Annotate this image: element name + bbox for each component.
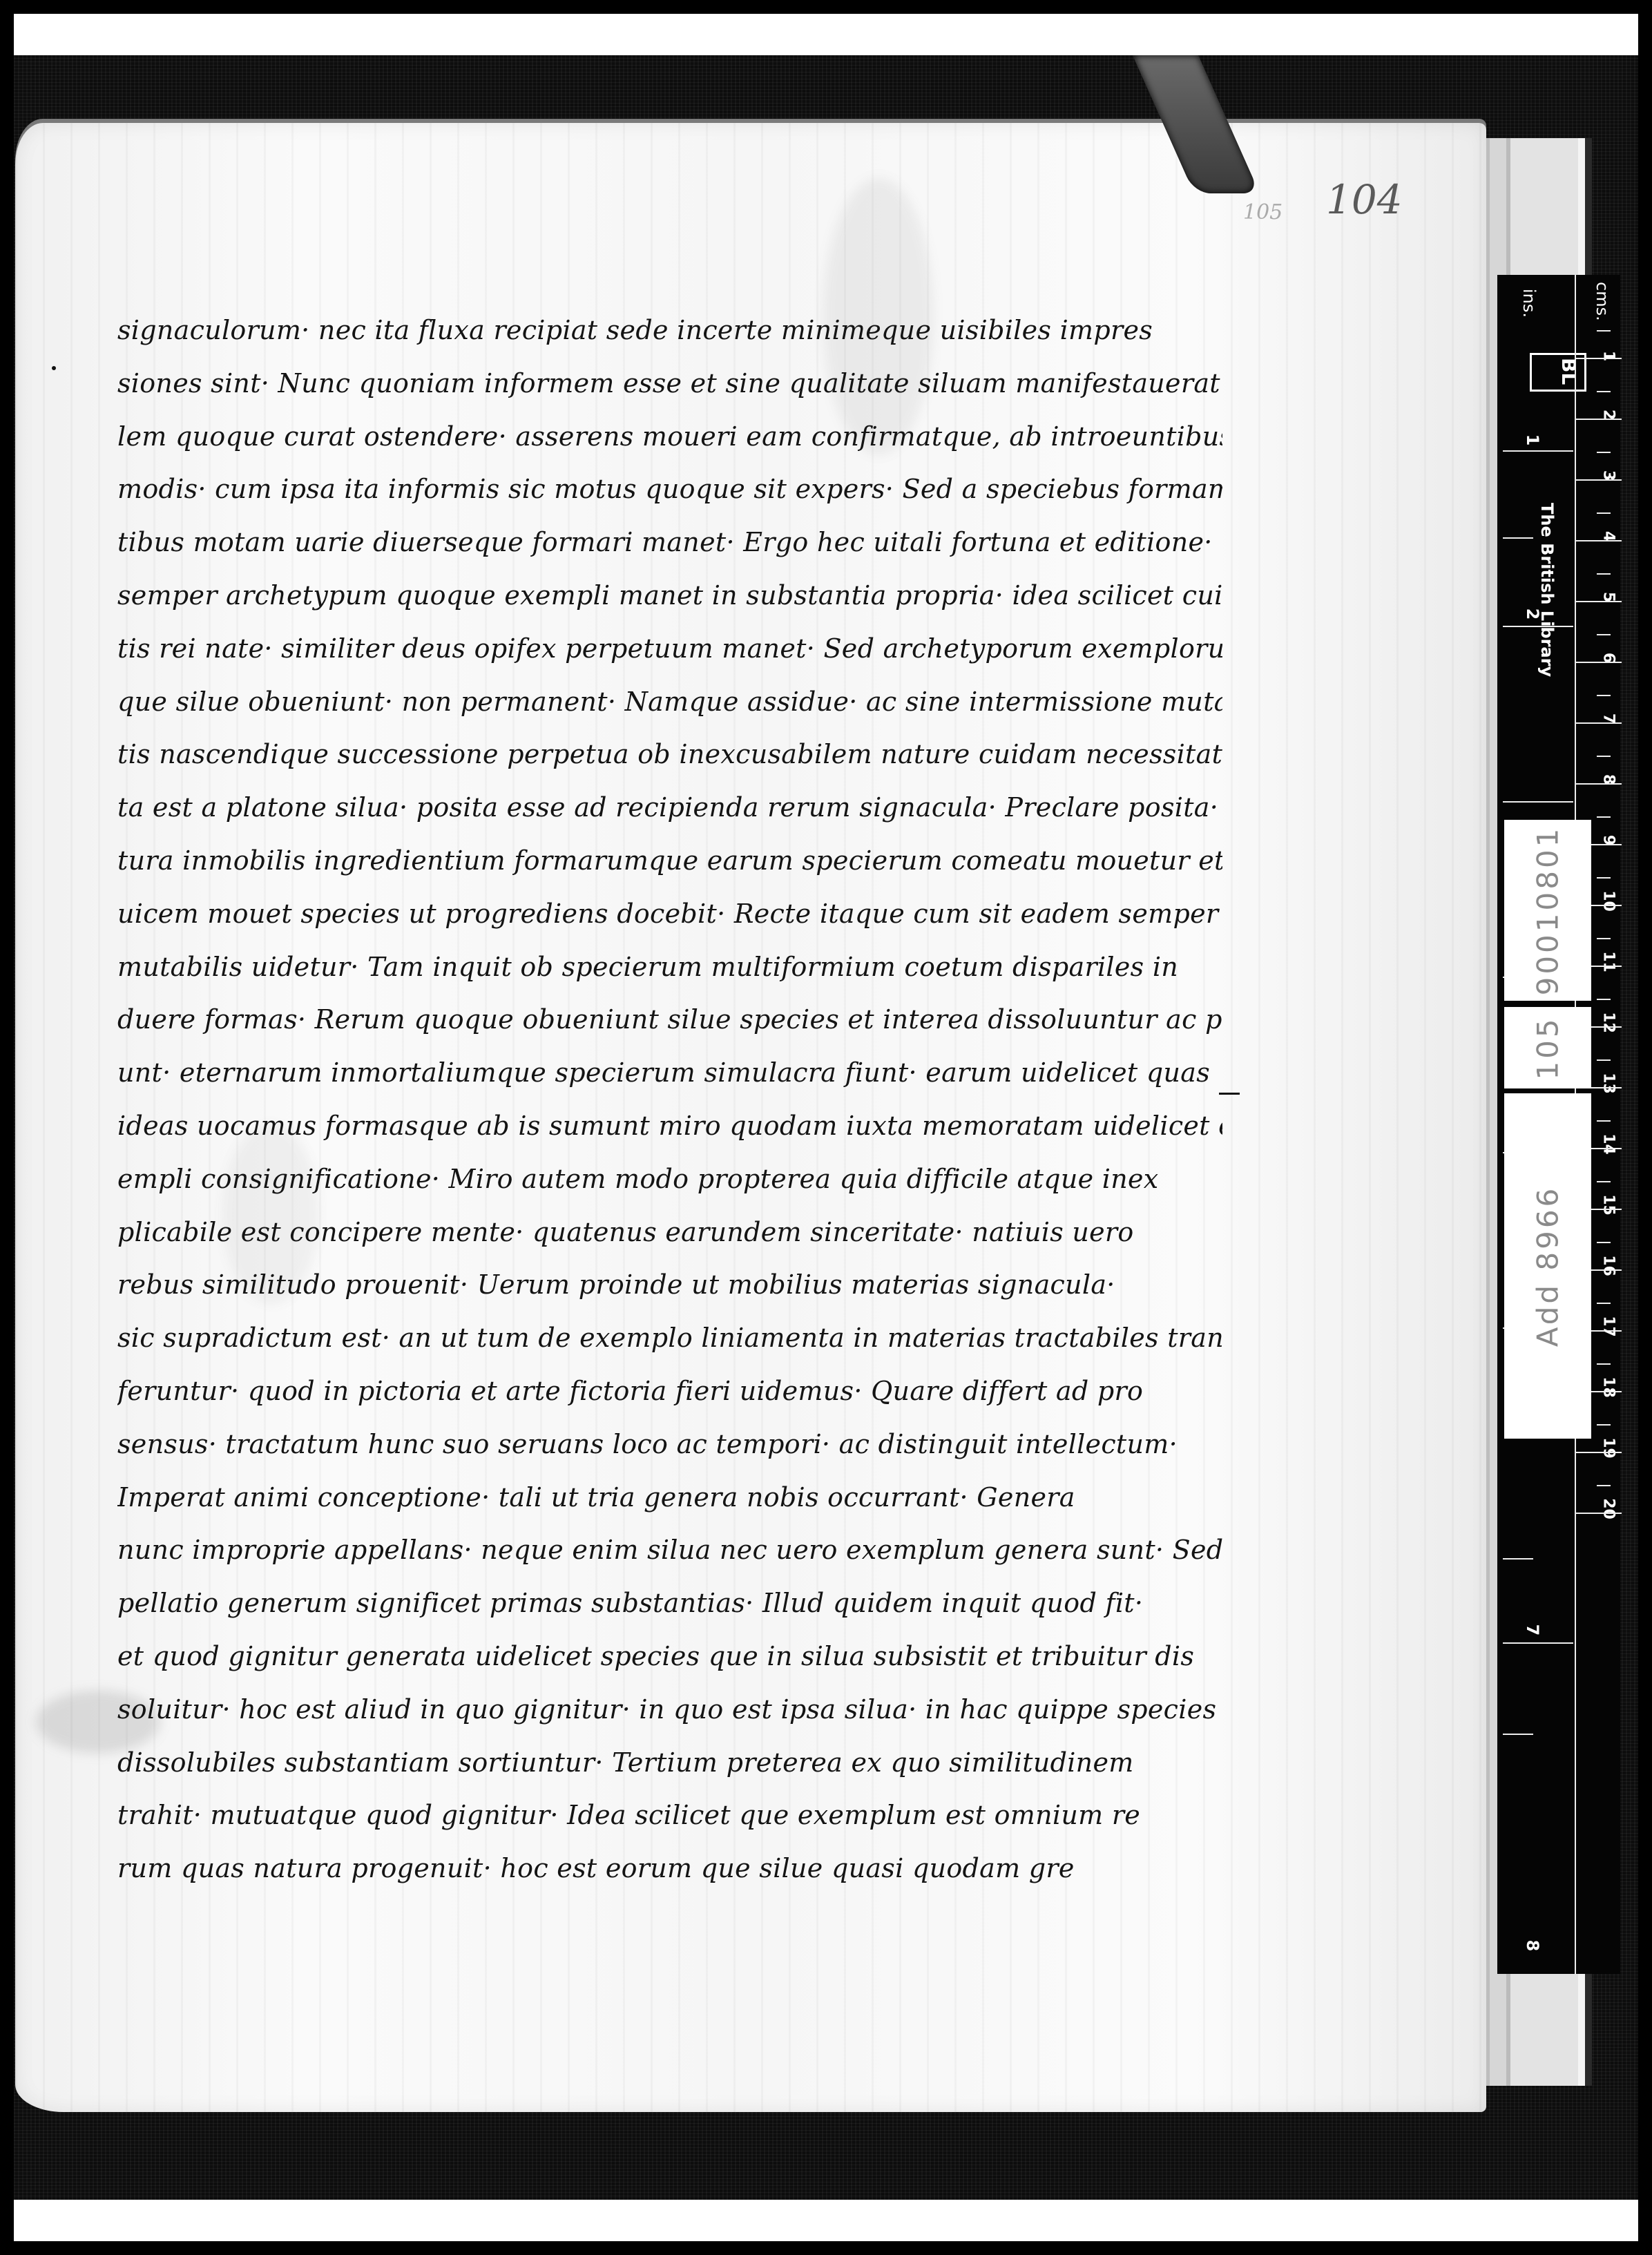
cm-tick [1597, 756, 1611, 757]
cm-tick [1576, 1452, 1622, 1453]
text-line: sic supradictum est· an ut tum de exempl… [117, 1312, 1222, 1365]
cm-tick [1597, 1303, 1611, 1304]
cm-tick [1597, 877, 1611, 879]
text-line: duere formas· Rerum quoque obueniunt sil… [117, 993, 1222, 1046]
cm-tick [1576, 662, 1622, 663]
cm-tick [1597, 1059, 1611, 1061]
inch-number: 2 [1523, 604, 1542, 624]
cm-tick [1597, 1120, 1611, 1122]
text-line: uicem mouet species ut progrediens doceb… [117, 887, 1222, 941]
text-line: pellatio generum significet primas subst… [117, 1577, 1222, 1630]
half-inch-tick [1503, 1558, 1533, 1560]
old-folio-number: 105 [1243, 200, 1283, 224]
inch-number: 7 [1523, 1620, 1542, 1640]
cm-tick [1597, 1181, 1611, 1182]
british-library-label: The British Library [1537, 503, 1557, 677]
cm-number: 1 [1600, 345, 1617, 368]
cm-tick [1597, 1242, 1611, 1243]
inch-tick [1503, 626, 1573, 627]
text-line: mutabilis uidetur· Tam inquit ob specier… [117, 941, 1222, 994]
text-line: signaculorum· nec ita fluxa recipiat sed… [117, 304, 1222, 357]
text-line: rebus similitudo prouenit· Uerum proinde… [117, 1258, 1222, 1312]
inch-number: 1 [1523, 430, 1542, 450]
text-line: siones sint· Nunc quoniam informem esse … [117, 357, 1222, 410]
cm-tick [1597, 1363, 1611, 1365]
cm-tick [1576, 1513, 1622, 1514]
text-line: que silue obueniunt· non permanent· Namq… [117, 675, 1222, 729]
text-line: trahit· mutuatque quod gignitur· Idea sc… [117, 1789, 1222, 1842]
text-line: rum quas natura progenuit· hoc est eorum… [117, 1842, 1222, 1895]
text-line: nunc improprie appellans· neque enim sil… [117, 1524, 1222, 1577]
inch-number: 8 [1523, 1935, 1542, 1956]
text-line: soluitur· hoc est aliud in quo gignitur·… [117, 1683, 1222, 1736]
cm-number: 6 [1600, 646, 1617, 670]
cm-tick [1576, 540, 1622, 541]
text-line: feruntur· quod in pictoria et arte ficto… [117, 1365, 1222, 1418]
cm-number: 12 [1600, 1011, 1617, 1035]
text-line: semper archetypum quoque exempli manet i… [117, 569, 1222, 622]
cm-tick [1597, 634, 1611, 635]
half-inch-tick [1503, 1734, 1533, 1735]
cm-number: 13 [1600, 1072, 1617, 1095]
cm-tick [1597, 512, 1611, 514]
cm-tick [1576, 358, 1622, 359]
cm-number: 20 [1600, 1497, 1617, 1521]
text-line: empli consignificatione· Miro autem modo… [117, 1153, 1222, 1206]
manuscript-tag: Add 8966 [1504, 1093, 1591, 1439]
half-inch-tick [1503, 537, 1533, 539]
cm-number: 18 [1600, 1376, 1617, 1399]
text-line: Imperat animi conceptione· tali ut tria … [117, 1471, 1222, 1524]
inches-label: ins. [1519, 289, 1539, 318]
text-line: dissolubiles substantiam sortiuntur· Ter… [117, 1736, 1222, 1789]
cm-number: 3 [1600, 464, 1617, 488]
cm-number: 4 [1600, 525, 1617, 548]
text-line: tis rei nate· similiter deus opifex perp… [117, 622, 1222, 675]
cm-number: 7 [1600, 707, 1617, 731]
cm-number: 9 [1600, 829, 1617, 852]
cm-number: 8 [1600, 768, 1617, 791]
text-line: unt· eternarum inmortaliumque specierum … [117, 1046, 1222, 1100]
inch-tick [1503, 450, 1573, 452]
centimetres-label: cms. [1593, 282, 1612, 321]
cm-tick [1576, 601, 1622, 602]
cm-tick [1597, 999, 1611, 1000]
cm-tick [1597, 938, 1611, 939]
cm-number: 10 [1600, 890, 1617, 913]
text-line: tura inmobilis ingredientium formarumque… [117, 834, 1222, 887]
text-block: signaculorum· nec ita fluxa recipiat sed… [117, 304, 1222, 1895]
cm-tick [1597, 452, 1611, 453]
cm-number: 15 [1600, 1193, 1617, 1217]
cm-tick [1576, 479, 1622, 481]
text-line: ta est a platone silua· posita esse ad r… [117, 781, 1222, 834]
text-line: ideas uocamus formasque ab is sumunt mir… [117, 1100, 1222, 1153]
cm-number: 14 [1600, 1133, 1617, 1156]
text-line: modis· cum ipsa ita informis sic motus q… [117, 463, 1222, 516]
cm-number: 2 [1600, 403, 1617, 427]
cm-tick [1597, 1424, 1611, 1426]
cm-number: 11 [1600, 950, 1617, 974]
cm-tick [1597, 695, 1611, 696]
inch-tick [1503, 801, 1573, 803]
cm-tick [1576, 419, 1622, 420]
cm-number: 16 [1600, 1254, 1617, 1278]
cm-tick [1576, 783, 1622, 785]
text-line: lem quoque curat ostendere· asserens mou… [117, 410, 1222, 463]
shelfmark-tag: 90010801 [1504, 820, 1591, 1001]
text-line: et quod gignitur generata uidelicet spec… [117, 1630, 1222, 1683]
cm-number: 17 [1600, 1315, 1617, 1338]
margin-dot [52, 366, 56, 370]
inch-tick [1503, 1642, 1573, 1644]
cm-tick [1597, 330, 1611, 332]
text-line: tis nascendique successione perpetua ob … [117, 728, 1222, 781]
cm-tick [1597, 573, 1611, 575]
cm-tick [1597, 391, 1611, 392]
folio-tag: 105 [1504, 1007, 1591, 1088]
cm-tick [1597, 816, 1611, 818]
text-line: sensus· tractatum hunc suo seruans loco … [117, 1418, 1222, 1471]
text-line: plicabile est concipere mente· quatenus … [117, 1206, 1222, 1259]
cm-number: 19 [1600, 1437, 1617, 1460]
cm-tick [1576, 722, 1622, 724]
cm-tick [1597, 1485, 1611, 1486]
folio-number: 104 [1326, 176, 1403, 223]
cm-number: 5 [1600, 586, 1617, 609]
text-line: tibus motam uarie diuerseque formari man… [117, 516, 1222, 569]
